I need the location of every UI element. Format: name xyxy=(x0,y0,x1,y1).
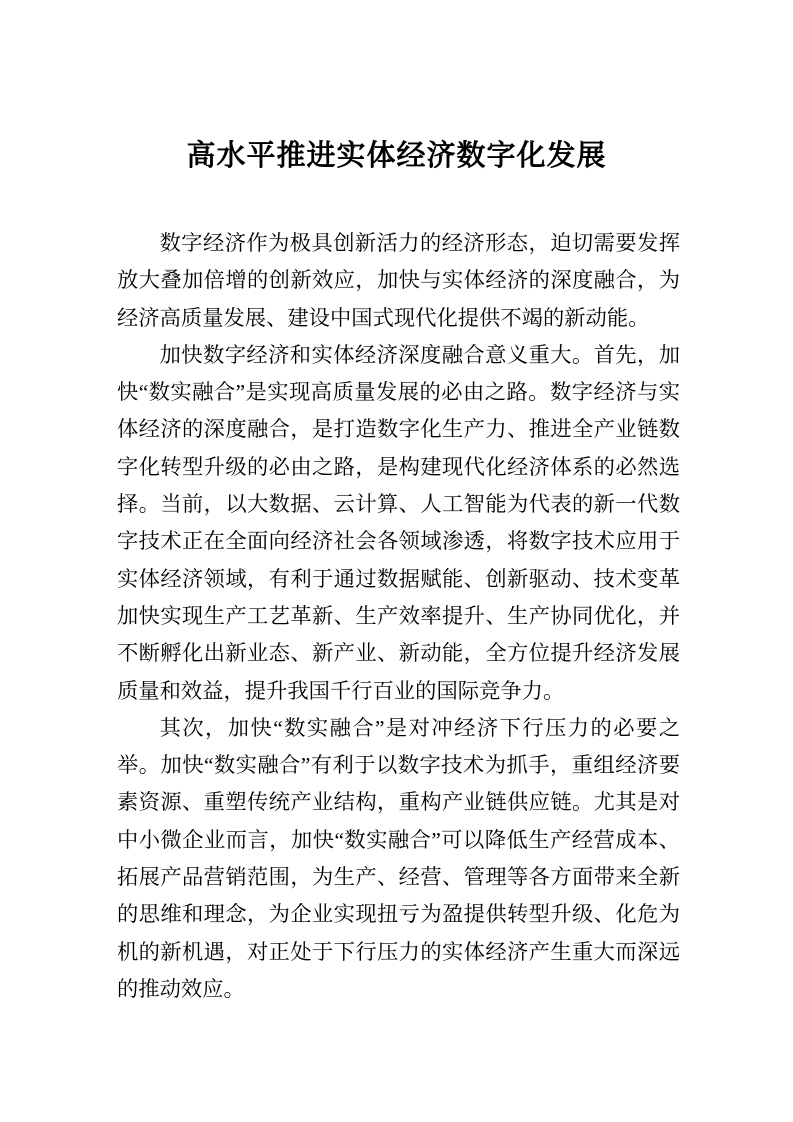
paragraph-second-point: 其次，加快“数实融合”是对冲经济下行压力的必要之举。加快“数实融合”有利于以数字… xyxy=(117,710,680,1008)
document-body: 数字经济作为极具创新活力的经济形态，迫切需要发挥放大叠加倍增的创新效应，加快与实… xyxy=(117,225,680,1008)
document-title: 高水平推进实体经济数字化发展 xyxy=(0,0,793,176)
paragraph-intro: 数字经济作为极具创新活力的经济形态，迫切需要发挥放大叠加倍增的创新效应，加快与实… xyxy=(117,225,680,337)
document-page: 高水平推进实体经济数字化发展 数字经济作为极具创新活力的经济形态，迫切需要发挥放… xyxy=(0,0,793,1122)
paragraph-first-point: 加快数字经济和实体经济深度融合意义重大。首先，加快“数实融合”是实现高质量发展的… xyxy=(117,337,680,710)
